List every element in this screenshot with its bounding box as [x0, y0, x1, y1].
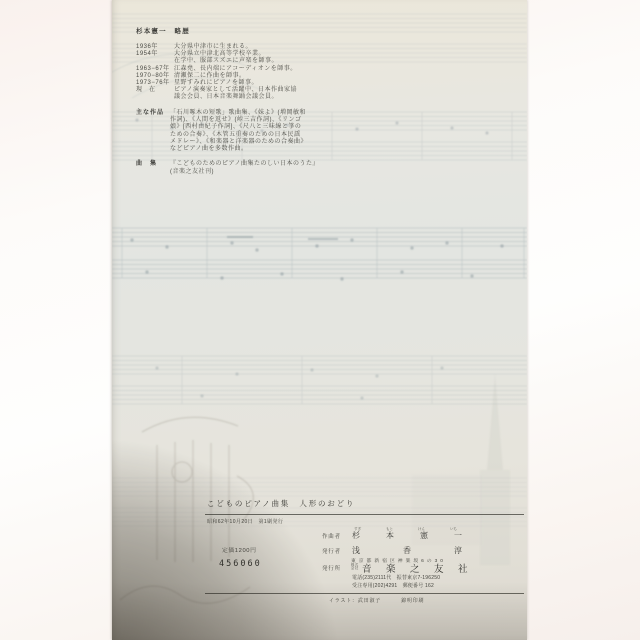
divider-line — [205, 593, 524, 594]
order-line: 受注専用(202)4291 郵便番号 162 — [352, 582, 434, 589]
edition-date: 昭和62年10月20日 第1刷発行 — [207, 518, 283, 525]
bio-row: 1963−67年江森堯、長内端にアコーディオンを師事。 — [136, 66, 472, 73]
collection-lines: 『こどものためのピアノ曲集たのしい日本のうた』 (音楽之友社刊) — [170, 161, 472, 176]
biography-heading: 杉本憲一 略歴 — [136, 26, 472, 35]
bio-year: 1970−80年 — [136, 73, 174, 80]
works-line: などピアノ曲を多数作曲。 — [170, 146, 472, 153]
publisher-label: 発行所 — [322, 564, 341, 572]
phone-line: 電話(235)2111代 振替東京7-196250 — [352, 574, 440, 581]
bio-year: 1954年 — [136, 51, 174, 58]
bio-text: 清瀬保二に作曲を師事。 — [174, 73, 472, 80]
price: 定価1200円 — [222, 545, 257, 554]
publisher-person-label: 発行者 — [322, 547, 341, 555]
collection-label: 曲 集 — [136, 161, 170, 176]
illustrator-credit: イラスト：武田淑子 — [329, 597, 381, 604]
composer-label: 作曲者 — [322, 532, 341, 540]
bio-year: 1963−67年 — [136, 66, 174, 73]
bio-row: 在学中、服部スズエに声楽を師事。 — [136, 58, 472, 65]
book-title: こどものピアノ曲集 人形のおどり — [207, 498, 355, 509]
bio-year — [136, 94, 174, 101]
biography-section: 杉本憲一 略歴 1936年大分県中津市に生まれる。 1954年大分県立中津北高等… — [136, 26, 472, 176]
divider-line — [205, 514, 524, 515]
credits-footer: イラスト：武田淑子 錦明印刷 — [329, 597, 424, 604]
major-works-section: 主な作品 「石川啄木の短歌」歌曲集、《妹よ》(増岡敏和 作詞)、《人間を返せ》(… — [136, 110, 472, 154]
bio-row: 1970−80年清瀬保二に作曲を師事。 — [136, 73, 472, 80]
bio-row: 議会会員、日本音楽舞踊会議会員。 — [136, 94, 472, 101]
collection-line: 『こどものためのピアノ曲集たのしい日本のうた』 — [170, 161, 472, 168]
works-line: ための合奏》、《木管五重奏のための日本民謡 — [170, 132, 472, 139]
collection-line: (音楽之友社刊) — [170, 169, 472, 176]
biography-rows: 1936年大分県中津市に生まれる。 1954年大分県立中津北高等学校卒業。 在学… — [136, 44, 472, 102]
composer-name: 杉本憲一 — [352, 530, 488, 541]
photo-of-book-page: { "bio": { "heading": "杉本憲一 略歴", "entrie… — [0, 0, 640, 640]
company-type-line: 会社 — [351, 567, 359, 571]
bio-text: 議会会員、日本音楽舞踊会議会員。 — [174, 94, 472, 101]
catalog-number: 456060 — [219, 559, 262, 569]
works-label: 主な作品 — [136, 110, 170, 154]
works-lines: 「石川啄木の短歌」歌曲集、《妹よ》(増岡敏和 作詞)、《人間を返せ》(峠三吉作詞… — [170, 110, 472, 154]
bio-text: 在学中、服部スズエに声楽を師事。 — [174, 58, 472, 65]
book-colophon-page: 杉本憲一 略歴 1936年大分県中津市に生まれる。 1954年大分県立中津北高等… — [112, 0, 527, 640]
works-line: 「石川啄木の短歌」歌曲集、《妹よ》(増岡敏和 — [170, 110, 472, 117]
bio-text: 江森堯、長内端にアコーディオンを師事。 — [174, 66, 472, 73]
colophon-section: こどものピアノ曲集 人形のおどり 昭和62年10月20日 第1刷発行 定価120… — [205, 498, 524, 610]
works-line: 娘》[西村由紀子作詞]、《尺八と三味線と箏の — [170, 124, 472, 131]
printer-credit: 錦明印刷 — [401, 597, 424, 604]
company-type-prefix: 株式 会社 — [351, 564, 359, 571]
publisher-company-name: 音楽之友社 — [362, 561, 482, 575]
bio-year: 現 在 — [136, 87, 174, 94]
publisher-person-name: 浅香淳 — [352, 545, 505, 556]
collection-section: 曲 集 『こどものためのピアノ曲集たのしい日本のうた』 (音楽之友社刊) — [136, 161, 472, 176]
bio-year — [136, 58, 174, 65]
works-line: メドレー》、《和楽器と洋楽器のための合奏曲》 — [170, 139, 472, 146]
